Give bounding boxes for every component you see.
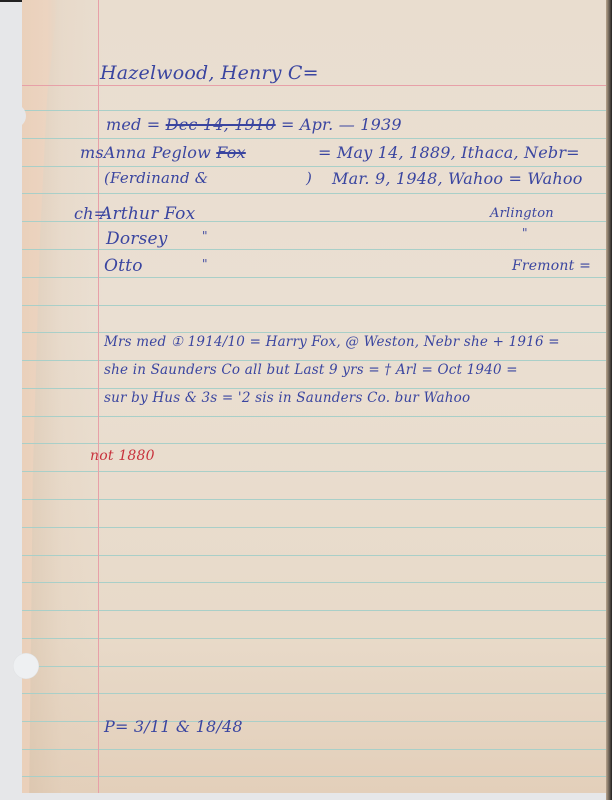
ruled-line bbox=[22, 776, 612, 777]
child-residence: Fremont = bbox=[512, 258, 591, 274]
ruled-line bbox=[22, 499, 612, 500]
spouse-parents-close: ) bbox=[306, 169, 312, 187]
ruled-line bbox=[22, 471, 612, 472]
ruled-line bbox=[22, 666, 612, 667]
child-name: Otto bbox=[104, 256, 143, 276]
notes-line: she in Saunders Co all but Last 9 yrs = … bbox=[104, 362, 518, 378]
marriage-date: = Apr. — 1939 bbox=[281, 115, 402, 134]
notes-line: Mrs med ① 1914/10 = Harry Fox, @ Weston,… bbox=[104, 334, 560, 350]
ruled-line bbox=[22, 638, 612, 639]
child-ditto-mark: " bbox=[202, 257, 208, 271]
ruled-line bbox=[22, 693, 612, 694]
ruled-line bbox=[22, 416, 612, 417]
child-residence: Arlington bbox=[490, 206, 554, 221]
ruled-line bbox=[22, 610, 612, 611]
subject-name: Hazelwood, Henry C= bbox=[100, 62, 319, 84]
notes-line: sur by Hus & 3s = '2 sis in Saunders Co.… bbox=[104, 390, 470, 406]
child-name: Arthur Fox bbox=[100, 204, 195, 224]
ruled-line bbox=[22, 443, 612, 444]
red-margin-line bbox=[98, 0, 99, 793]
scan-right-edge bbox=[606, 0, 612, 800]
footer-note: P= 3/11 & 18/48 bbox=[104, 717, 243, 736]
spouse-death: Mar. 9, 1948, Wahoo = Wahoo bbox=[332, 169, 583, 188]
ruled-line bbox=[22, 193, 612, 194]
spouse-name: Anna Peglow bbox=[104, 143, 211, 162]
ruled-line bbox=[22, 305, 612, 306]
child-residence: " bbox=[522, 226, 528, 240]
spouse-prefix: ms bbox=[80, 143, 104, 162]
ruled-line bbox=[22, 555, 612, 556]
ruled-line bbox=[22, 360, 612, 361]
spouse-birth: = May 14, 1889, Ithaca, Nebr= bbox=[318, 143, 580, 162]
ruled-line bbox=[22, 332, 612, 333]
ruled-line bbox=[22, 138, 612, 139]
spouse-parents: (Ferdinand & bbox=[104, 169, 208, 187]
top-red-rule bbox=[22, 85, 612, 86]
ruled-line bbox=[22, 388, 612, 389]
punch-hole bbox=[13, 653, 39, 679]
red-annotation: not 1880 bbox=[90, 448, 155, 464]
ruled-line bbox=[22, 110, 612, 111]
marriage-label: med = bbox=[106, 115, 160, 134]
spouse-line: msAnna Peglow Fox bbox=[80, 143, 246, 162]
child-name: Dorsey bbox=[106, 229, 168, 249]
ruled-line bbox=[22, 527, 612, 528]
ruled-line bbox=[22, 582, 612, 583]
ruled-line bbox=[22, 277, 612, 278]
ruled-line bbox=[22, 749, 612, 750]
marriage-line: med = Dec 14, 1910 = Apr. — 1939 bbox=[106, 115, 402, 134]
ruled-line bbox=[22, 249, 612, 250]
marriage-struck-date: Dec 14, 1910 bbox=[166, 115, 276, 134]
notebook-page: Hazelwood, Henry C= med = Dec 14, 1910 =… bbox=[22, 0, 612, 793]
ruled-line bbox=[22, 166, 612, 167]
spouse-struck-surname: Fox bbox=[216, 143, 245, 162]
child-ditto-mark: " bbox=[202, 229, 208, 243]
